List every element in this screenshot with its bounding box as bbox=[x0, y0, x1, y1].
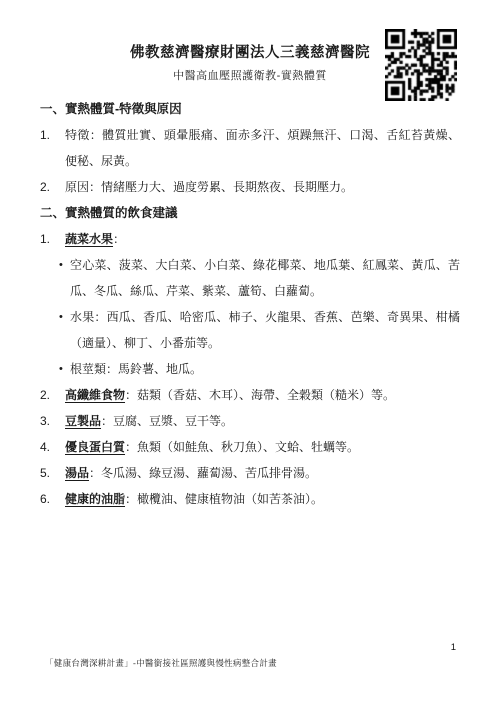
list-item-text: 原因：情緒壓力大、過度勞累、長期熬夜、長期壓力。 bbox=[65, 174, 460, 200]
list-number: 2. bbox=[40, 382, 65, 408]
list-item: 1. 特徵：體質壯實、頭暈脹痛、面赤多汗、煩躁無汗、口渴、舌紅苔黃燥、便秘、尿黃… bbox=[40, 122, 460, 174]
list-number: 1. bbox=[40, 226, 65, 252]
bullet-text: 根莖類：馬鈴薯、地瓜。 bbox=[70, 356, 460, 382]
list-item-desc: ：豆腐、豆漿、豆干等。 bbox=[101, 414, 233, 428]
list-item-desc: ：魚類（如鮭魚、秋刀魚）、文蛤、牡蠣等。 bbox=[125, 440, 359, 454]
qr-code bbox=[385, 29, 457, 101]
list-item: 5. 湯品：冬瓜湯、綠豆湯、蘿蔔湯、苦瓜排骨湯。 bbox=[40, 460, 460, 486]
list-item: 4. 優良蛋白質：魚類（如鮭魚、秋刀魚）、文蛤、牡蠣等。 bbox=[40, 434, 460, 460]
list-item-term: 高纖維食物 bbox=[65, 388, 125, 402]
list-item-desc: ：菇類（香菇、木耳）、海帶、全穀類（糙米）等。 bbox=[125, 388, 395, 402]
list-item-text: 優良蛋白質：魚類（如鮭魚、秋刀魚）、文蛤、牡蠣等。 bbox=[65, 434, 460, 460]
bullet-item: • 根莖類：馬鈴薯、地瓜。 bbox=[59, 356, 460, 382]
section2-heading: 二、實熱體質的飲食建議 bbox=[40, 200, 460, 226]
list-item-term: 豆製品 bbox=[65, 414, 101, 428]
list-item-text: 特徵：體質壯實、頭暈脹痛、面赤多汗、煩躁無汗、口渴、舌紅苔黃燥、便秘、尿黃。 bbox=[65, 122, 460, 174]
bullet-text: 空心菜、菠菜、大白菜、小白菜、綠花椰菜、地瓜葉、紅鳳菜、黃瓜、苦瓜、冬瓜、絲瓜、… bbox=[70, 252, 460, 304]
document-body: 一、實熱體質-特徵與原因 1. 特徵：體質壯實、頭暈脹痛、面赤多汗、煩躁無汗、口… bbox=[0, 96, 500, 512]
list-item: 2. 原因：情緒壓力大、過度勞累、長期熬夜、長期壓力。 bbox=[40, 174, 460, 200]
list-number: 5. bbox=[40, 460, 65, 486]
list-item-desc: ：橄欖油、健康植物油（如苦茶油）。 bbox=[125, 492, 323, 506]
document-page: 佛教慈濟醫療財團法人三義慈濟醫院 中醫高血壓照護衛教-實熱體質 一、實熱體質-特… bbox=[0, 0, 500, 707]
list-item-text: 高纖維食物：菇類（香菇、木耳）、海帶、全穀類（糙米）等。 bbox=[65, 382, 460, 408]
list-item-term: 湯品 bbox=[65, 466, 89, 480]
bullet-text: 水果：西瓜、香瓜、哈密瓜、柿子、火龍果、香蕉、芭樂、奇異果、柑橘（適量）、柳丁、… bbox=[70, 304, 460, 356]
bullet-item: • 水果：西瓜、香瓜、哈密瓜、柿子、火龍果、香蕉、芭樂、奇異果、柑橘（適量）、柳… bbox=[59, 304, 460, 356]
list-item-text: 湯品：冬瓜湯、綠豆湯、蘿蔔湯、苦瓜排骨湯。 bbox=[65, 460, 460, 486]
list-item: 1. 蔬菜水果： bbox=[40, 226, 460, 252]
list-item-text: 健康的油脂：橄欖油、健康植物油（如苦茶油）。 bbox=[65, 486, 460, 512]
list-item-desc: ： bbox=[113, 232, 125, 246]
bullet-icon: • bbox=[59, 356, 70, 382]
list-item-text: 豆製品：豆腐、豆漿、豆干等。 bbox=[65, 408, 460, 434]
list-item-term: 蔬菜水果 bbox=[65, 232, 113, 246]
list-number: 2. bbox=[40, 174, 65, 200]
footer-note: 「健康台灣深耕計畫」-中醫銜接社區照護與慢性病整合計畫 bbox=[45, 657, 277, 669]
list-number: 3. bbox=[40, 408, 65, 434]
list-number: 4. bbox=[40, 434, 65, 460]
bullet-icon: • bbox=[59, 252, 70, 304]
list-number: 6. bbox=[40, 486, 65, 512]
list-item-term: 健康的油脂 bbox=[65, 492, 125, 506]
list-item: 3. 豆製品：豆腐、豆漿、豆干等。 bbox=[40, 408, 460, 434]
list-number: 1. bbox=[40, 122, 65, 174]
list-item-text: 蔬菜水果： bbox=[65, 226, 460, 252]
list-item: 6. 健康的油脂：橄欖油、健康植物油（如苦茶油）。 bbox=[40, 486, 460, 512]
list-item-desc: ：冬瓜湯、綠豆湯、蘿蔔湯、苦瓜排骨湯。 bbox=[89, 466, 317, 480]
page-number: 1 bbox=[451, 642, 456, 653]
bullet-item: • 空心菜、菠菜、大白菜、小白菜、綠花椰菜、地瓜葉、紅鳳菜、黃瓜、苦瓜、冬瓜、絲… bbox=[59, 252, 460, 304]
list-item: 2. 高纖維食物：菇類（香菇、木耳）、海帶、全穀類（糙米）等。 bbox=[40, 382, 460, 408]
bullet-icon: • bbox=[59, 304, 70, 356]
list-item-term: 優良蛋白質 bbox=[65, 440, 125, 454]
